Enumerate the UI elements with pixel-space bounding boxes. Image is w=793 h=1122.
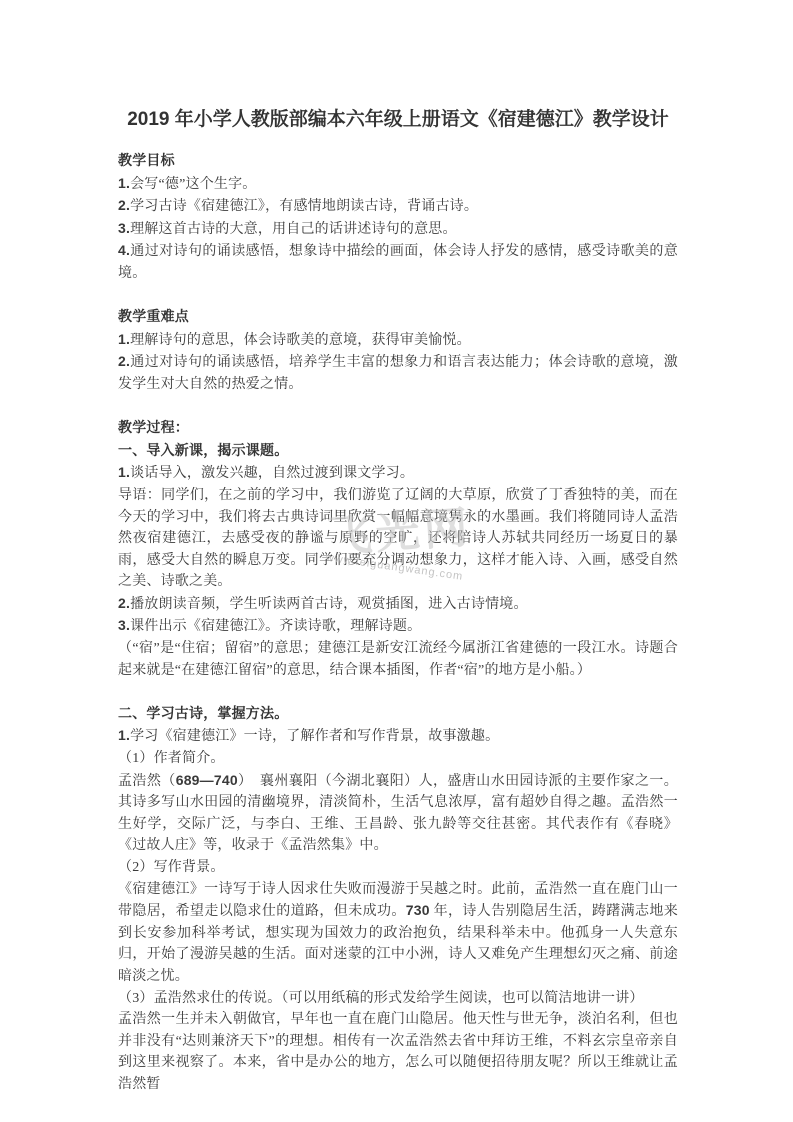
paragraph: 2.通过对诗句的诵读感悟，培养学生丰富的想象力和语言表达能力；体会诗歌的意境，激…	[118, 351, 678, 395]
bold-text-run: 教学重难点	[118, 308, 189, 324]
paragraph: 4.通过对诗句的诵读感悟，想象诗中描绘的画面，体会诗人抒发的感情，感受诗歌美的意…	[118, 240, 678, 284]
text-run: 学习古诗《宿建德江》，有感情地朗读古诗，背诵古诗。	[130, 199, 478, 214]
document-page: 2019 年小学人教版部编本六年级上册语文《宿建德江》教学设计 教学目标1.会写…	[0, 0, 793, 1122]
bold-text-run: 1.	[118, 727, 130, 743]
bold-text-run: 689—740	[176, 772, 238, 788]
text-run: （2）写作背景。	[118, 860, 225, 875]
bold-text-run: 教学目标	[118, 152, 175, 168]
section-heading: 教学过程：	[118, 417, 678, 440]
paragraph: （3）孟浩然求仕的传说。（可以用纸稿的形式发给学生阅读，也可以简洁地讲一讲）	[118, 988, 678, 1010]
text-run: （1）作者简介。	[118, 751, 225, 766]
blank-line	[118, 681, 678, 703]
blank-line	[118, 285, 678, 307]
bold-text-run: 730	[406, 902, 430, 918]
page-title: 2019 年小学人教版部编本六年级上册语文《宿建德江》教学设计	[118, 100, 678, 140]
section-heading: 一、导入新课，揭示课题。	[118, 440, 678, 463]
bold-text-run: 二、学习古诗，掌握方法。	[118, 705, 288, 721]
bold-text-run: 1.	[118, 331, 130, 347]
document-content-area: 2019 年小学人教版部编本六年级上册语文《宿建德江》教学设计 教学目标1.会写…	[118, 100, 678, 1096]
section-heading: 二、学习古诗，掌握方法。	[118, 703, 678, 726]
paragraph: 1.谈话导入，激发兴趣，自然过渡到课文学习。	[118, 462, 678, 485]
bold-text-run: 一、导入新课，揭示课题。	[118, 442, 288, 458]
paragraph: （1）作者简介。	[118, 748, 678, 770]
paragraph: （“宿”是“住宿；留宿”的意思；建德江是新安江流经今属浙江省建德的一段江水。诗题…	[118, 638, 678, 681]
text-run: 理解诗句的意思，体会诗歌美的意境，获得审美愉悦。	[130, 333, 471, 348]
bold-text-run: 3.	[118, 220, 130, 236]
text-run: 谈话导入，激发兴趣，自然过渡到课文学习。	[130, 466, 414, 481]
paragraph: 3.课件出示《宿建德江》。齐读诗歌，理解诗题。	[118, 615, 678, 638]
bold-text-run: 2.	[118, 595, 130, 611]
text-run: 通过对诗句的诵读感悟，培养学生丰富的想象力和语言表达能力；体会诗歌的意境，激发学…	[118, 355, 678, 392]
bold-text-run: 2.	[118, 197, 130, 213]
paragraph: 1.会写“德”这个生字。	[118, 173, 678, 196]
text-run: 理解这首古诗的大意，用自己的话讲述诗句的意思。	[130, 222, 457, 237]
text-run: 孟浩然一生并未入朝做官，早年也一直在鹿门山隐居。他天性与世无争，淡泊名利，但也并…	[118, 1012, 678, 1092]
paragraph: 3.理解这首古诗的大意，用自己的话讲述诗句的意思。	[118, 218, 678, 241]
paragraph: 2.播放朗读音频，学生听读两首古诗，观赏插图，进入古诗情境。	[118, 593, 678, 616]
paragraph: （2）写作背景。	[118, 857, 678, 879]
blank-line	[118, 396, 678, 418]
paragraph: 1.学习《宿建德江》一诗，了解作者和写作背景，故事激趣。	[118, 725, 678, 748]
section-heading: 教学重难点	[118, 306, 678, 329]
bold-text-run: 4.	[118, 242, 130, 258]
paragraph: 《宿建德江》一诗写于诗人因求仕失败而漫游于吴越之时。此前，孟浩然一直在鹿门山一带…	[118, 879, 678, 988]
text-run: 通过对诗句的诵读感悟，想象诗中描绘的画面，体会诗人抒发的感情，感受诗歌美的意境。	[118, 244, 678, 281]
text-run: 学习《宿建德江》一诗，了解作者和写作背景，故事激趣。	[130, 729, 499, 744]
document-content: 教学目标1.会写“德”这个生字。2.学习古诗《宿建德江》，有感情地朗读古诗，背诵…	[118, 150, 678, 1096]
text-run: 会写“德”这个生字。	[130, 177, 256, 192]
bold-text-run: 2.	[118, 353, 130, 369]
bold-text-run: 1.	[118, 175, 130, 191]
bold-text-run: 教学过程：	[118, 419, 189, 435]
text-run: 播放朗读音频，学生听读两首古诗，观赏插图，进入古诗情境。	[130, 597, 528, 612]
text-run: （“宿”是“住宿；留宿”的意思；建德江是新安江流经今属浙江省建德的一段江水。诗题…	[118, 641, 678, 678]
paragraph: 1.理解诗句的意思，体会诗歌美的意境，获得审美愉悦。	[118, 329, 678, 352]
paragraph: 孟浩然（689—740） 襄州襄阳（今湖北襄阳）人，盛唐山水田园诗派的主要作家之…	[118, 770, 678, 857]
bold-text-run: 3.	[118, 617, 130, 633]
paragraph: 孟浩然一生并未入朝做官，早年也一直在鹿门山隐居。他天性与世无争，淡泊名利，但也并…	[118, 1009, 678, 1095]
text-run: （3）孟浩然求仕的传说。（可以用纸稿的形式发给学生阅读，也可以简洁地讲一讲）	[118, 991, 644, 1006]
paragraph: 导语：同学们，在之前的学习中，我们游览了辽阔的大草原，欣赏了丁香独特的美，而在今…	[118, 485, 678, 593]
bold-text-run: 1.	[118, 464, 130, 480]
text-run: 孟浩然（	[118, 774, 176, 789]
section-heading: 教学目标	[118, 150, 678, 173]
text-run: 导语：同学们，在之前的学习中，我们游览了辽阔的大草原，欣赏了丁香独特的美，而在今…	[118, 488, 678, 589]
paragraph: 2.学习古诗《宿建德江》，有感情地朗读古诗，背诵古诗。	[118, 195, 678, 218]
text-run: 课件出示《宿建德江》。齐读诗歌，理解诗题。	[130, 619, 421, 634]
